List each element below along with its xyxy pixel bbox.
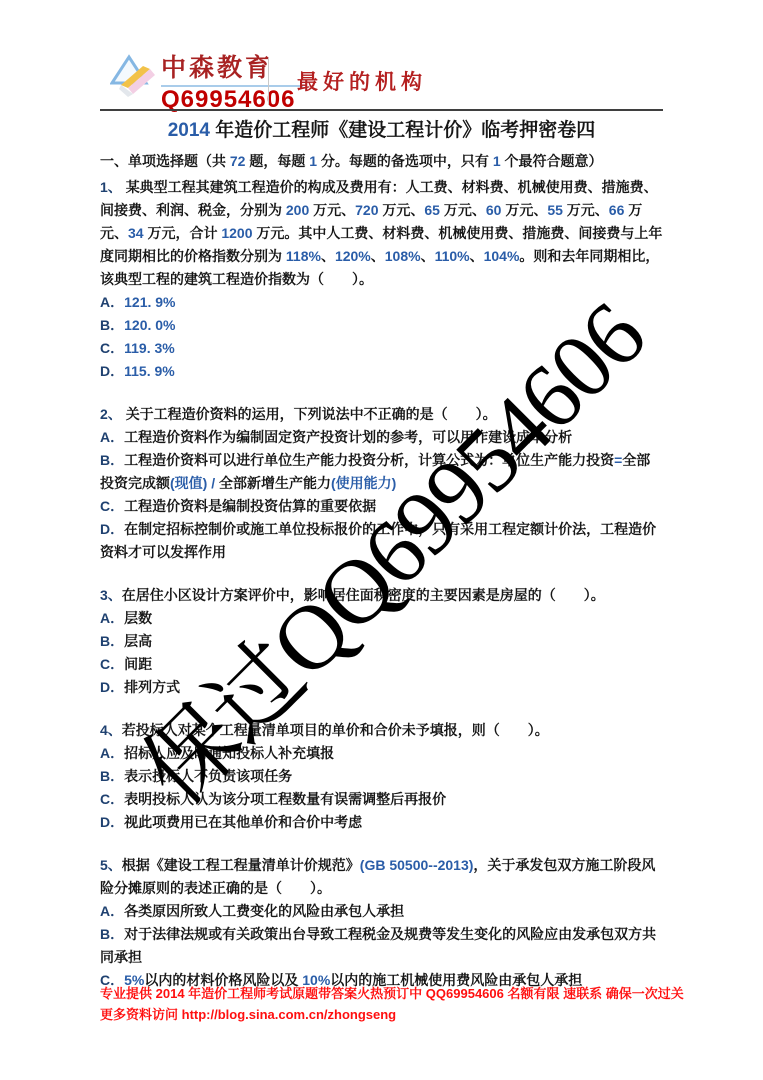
section-header: 一、单项选择题（共 72 题，每题 1 分。每题的备选项中，只有 1 个最符合题… xyxy=(100,150,663,172)
option-d: D．视此项费用已在其他单价和合价中考虑 xyxy=(100,811,663,834)
blog-url-link[interactable]: http://blog.sina.com.cn/zhongseng xyxy=(182,1007,397,1022)
option-letter: D． xyxy=(100,679,124,695)
option-letter: B． xyxy=(100,768,124,784)
option-letter: D． xyxy=(100,363,124,379)
option-b: B．工程造价资料可以进行单位生产能力投资分析，计算公式为：单位生产能力投资=全部… xyxy=(100,449,663,495)
doc-title: 2014 年造价工程师《建设工程计价》临考押密卷四 xyxy=(100,115,663,142)
question-list: 1、 某典型工程其建筑工程造价的构成及费用有：人工费、材料费、机械使用费、措施费… xyxy=(100,176,663,992)
option-b: B．对于法律法规或有关政策出台导致工程税金及规费等发生变化的风险应由发承包双方共… xyxy=(100,923,663,969)
option-c: C．间距 xyxy=(100,653,663,676)
option-letter: B． xyxy=(100,452,124,468)
option-letter: A． xyxy=(100,610,124,626)
option-c: C．工程造价资料是编制投资估算的重要依据 xyxy=(100,495,663,518)
question-number: 1、 xyxy=(100,179,126,195)
option-a: A．层数 xyxy=(100,607,663,630)
footer-promo-segment: 2014 xyxy=(156,986,189,1001)
header-rule xyxy=(100,109,663,111)
question-text: 1、 某典型工程其建筑工程造价的构成及费用有：人工费、材料费、机械使用费、措施费… xyxy=(100,176,663,291)
question-text: 4、若投标人对某个工程量清单项目的单价和合价未予填报，则（ ）。 xyxy=(100,719,663,742)
question-block-4: 4、若投标人对某个工程量清单项目的单价和合价未予填报，则（ ）。A．招标人应及时… xyxy=(100,719,663,834)
option-a: A．招标人应及时通知投标人补充填报 xyxy=(100,742,663,765)
option-letter: A． xyxy=(100,745,124,761)
exam-page: 中森教育 Q69954606 最好的机构 2014 年造价工程师《建设工程计价》… xyxy=(0,0,763,1080)
logo-text: 中森教育 Q69954606 xyxy=(161,53,303,112)
page-footer: 专业提供 2014 年造价工程师考试原题带答案火热预订中 QQ69954606 … xyxy=(100,983,700,1025)
question-text: 5、根据《建设工程工程量清单计价规范》(GB 50500--2013)，关于承发… xyxy=(100,854,663,900)
question-number: 3、 xyxy=(100,587,122,603)
option-b: B．层高 xyxy=(100,630,663,653)
question-block-1: 1、 某典型工程其建筑工程造价的构成及费用有：人工费、材料费、机械使用费、措施费… xyxy=(100,176,663,383)
option-a: A．各类原因所致人工费变化的风险由承包人承担 xyxy=(100,900,663,923)
footer-promo-segment: 年造价工程师考试原题带答案火热预订中 xyxy=(188,986,426,1001)
option-letter: D． xyxy=(100,814,124,830)
option-letter: A． xyxy=(100,903,124,919)
footer-promo-segment: 专业提供 xyxy=(100,986,156,1001)
option-letter: C． xyxy=(100,340,124,356)
option-b: B．120. 0% xyxy=(100,314,663,337)
option-letter: A． xyxy=(100,294,124,310)
option-b: B．表示投标人不负责该项任务 xyxy=(100,765,663,788)
question-block-2: 2、 关于工程造价资料的运用，下列说法中不正确的是（ ）。A．工程造价资料作为编… xyxy=(100,403,663,564)
brand-logo: 中森教育 Q69954606 xyxy=(110,53,303,112)
option-letter: B． xyxy=(100,317,124,333)
question-number: 5、 xyxy=(100,857,122,873)
option-c: C．表明投标人认为该分项工程数量有误需调整后再报价 xyxy=(100,788,663,811)
question-text: 2、 关于工程造价资料的运用，下列说法中不正确的是（ ）。 xyxy=(100,403,663,426)
option-c: C．119. 3% xyxy=(100,337,663,360)
brand-name: 中森教育 xyxy=(161,53,303,83)
question-block-5: 5、根据《建设工程工程量清单计价规范》(GB 50500--2013)，关于承发… xyxy=(100,854,663,992)
question-number: 2、 xyxy=(100,406,126,422)
footer-promo-line: 专业提供 2014 年造价工程师考试原题带答案火热预订中 QQ69954606 … xyxy=(100,983,700,1004)
option-letter: A． xyxy=(100,429,124,445)
footer-link-line: 更多资料访问 http://blog.sina.com.cn/zhongseng xyxy=(100,1004,700,1025)
option-a: A．工程造价资料作为编制固定资产投资计划的参考，可以用作建设成本分析 xyxy=(100,426,663,449)
footer-more-label: 更多资料访问 xyxy=(100,1007,182,1022)
question-block-3: 3、在居住小区设计方案评价中，影响居住面积密度的主要因素是房屋的（ ）。A．层数… xyxy=(100,584,663,699)
doc-title-year: 2014 xyxy=(168,120,210,141)
question-number: 4、 xyxy=(100,722,122,738)
footer-promo-segment: QQ69954606 xyxy=(426,986,508,1001)
option-letter: C． xyxy=(100,791,124,807)
footer-promo-segment: 名额有限 速联系 确保一次过关 xyxy=(507,986,683,1001)
option-letter: B． xyxy=(100,633,124,649)
option-letter: B． xyxy=(100,926,124,942)
header-divider xyxy=(268,58,269,105)
exam-content: 一、单项选择题（共 72 题，每题 1 分。每题的备选项中，只有 1 个最符合题… xyxy=(100,150,663,1012)
option-d: D．排列方式 xyxy=(100,676,663,699)
brand-slogan: 最好的机构 xyxy=(297,66,427,96)
option-d: D．在制定招标控制价或施工单位投标报价的工作中，只有采用工程定额计价法，工程造价… xyxy=(100,518,663,564)
option-d: D．115. 9% xyxy=(100,360,663,383)
question-text: 3、在居住小区设计方案评价中，影响居住面积密度的主要因素是房屋的（ ）。 xyxy=(100,584,663,607)
option-a: A．121. 9% xyxy=(100,291,663,314)
option-letter: D． xyxy=(100,521,124,537)
option-letter: C． xyxy=(100,656,124,672)
option-letter: C． xyxy=(100,498,124,514)
zhongsen-triangle-logo-icon xyxy=(110,53,158,101)
doc-title-text: 年造价工程师《建设工程计价》临考押密卷四 xyxy=(210,120,595,141)
